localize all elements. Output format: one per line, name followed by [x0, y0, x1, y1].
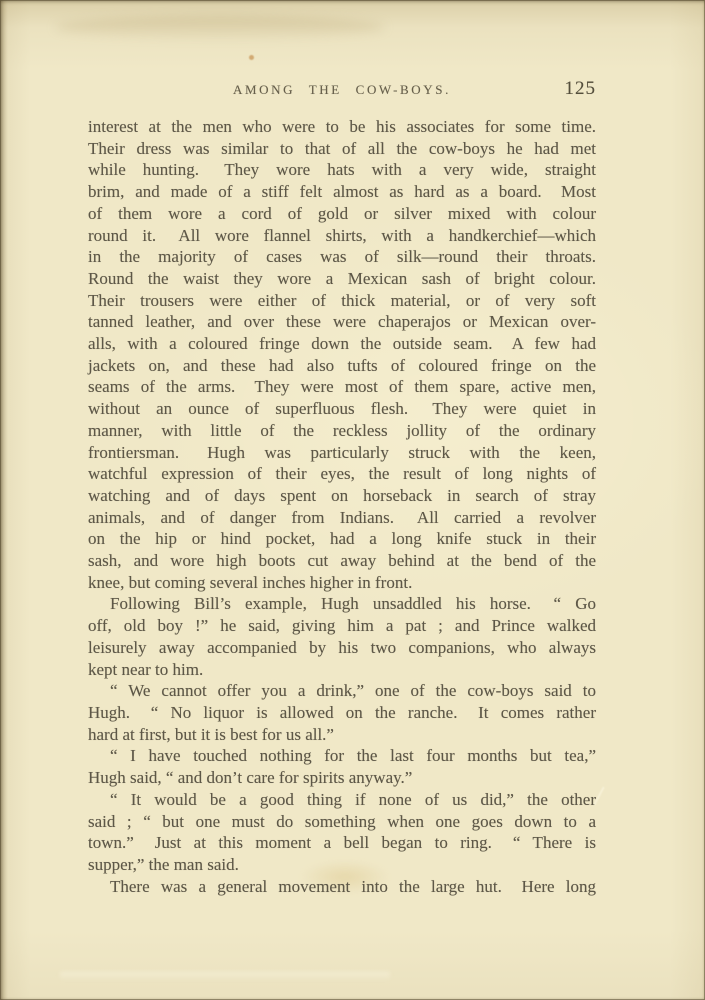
text-line: animals, and of danger from Indians. All…: [88, 507, 596, 529]
scan-smudge: [55, 16, 385, 38]
paragraph: Following Bill’s example, Hugh unsaddled…: [88, 593, 596, 680]
text-line: round it. All wore flannel shirts, with …: [88, 225, 596, 247]
paragraph: “ We cannot offer you a drink,” one of t…: [88, 680, 596, 745]
text-line: in the majority of cases was of silk—rou…: [88, 246, 596, 268]
scan-streak: [60, 972, 390, 980]
text-line: leisurely away accompanied by his two co…: [88, 637, 596, 659]
paragraph: “ I have touched nothing for the last fo…: [88, 745, 596, 788]
text-line: said ; “ but one must do something when …: [88, 811, 596, 833]
paragraph: There was a general movement into the la…: [88, 876, 596, 898]
text-line: Their trousers were either of thick mate…: [88, 290, 596, 312]
text-line: There was a general movement into the la…: [88, 876, 596, 898]
text-line: “ I have touched nothing for the last fo…: [88, 745, 596, 767]
book-page: AMONG THE COW-BOYS. 125 interest at the …: [0, 0, 705, 1000]
text-line: of them wore a cord of gold or silver mi…: [88, 203, 596, 225]
text-line: hard at first, but it is best for us all…: [88, 724, 596, 746]
text-line: kept near to him.: [88, 659, 596, 681]
text-line: “ It would be a good thing if none of us…: [88, 789, 596, 811]
text-line: brim, and made of a stiff felt almost as…: [88, 181, 596, 203]
text-line: tanned leather, and over these were chap…: [88, 311, 596, 333]
text-line: Hugh. “ No liquor is allowed on the ranc…: [88, 702, 596, 724]
text-line: off, old boy !” he said, giving him a pa…: [88, 615, 596, 637]
text-line: while hunting. They wore hats with a ver…: [88, 159, 596, 181]
text-line: sash, and wore high boots cut away behin…: [88, 550, 596, 572]
paper-speck: [249, 55, 254, 60]
text-line: Hugh said, “ and don’t care for spirits …: [88, 767, 596, 789]
text-line: watchful expression of their eyes, the r…: [88, 463, 596, 485]
running-title: AMONG THE COW-BOYS.: [88, 82, 596, 98]
text-line: Following Bill’s example, Hugh unsaddled…: [88, 593, 596, 615]
paragraph: interest at the men who were to be his a…: [88, 116, 596, 593]
text-line: manner, with little of the reckless joll…: [88, 420, 596, 442]
text-line: watching and of days spent on horseback …: [88, 485, 596, 507]
text-line: “ We cannot offer you a drink,” one of t…: [88, 680, 596, 702]
text-line: Round the waist they wore a Mexican sash…: [88, 268, 596, 290]
text-line: knee, but coming several inches higher i…: [88, 572, 596, 594]
text-line: alls, with a coloured fringe down the ou…: [88, 333, 596, 355]
text-line: seams of the arms. They were most of the…: [88, 376, 596, 398]
text-line: on the hip or hind pocket, had a long kn…: [88, 528, 596, 550]
text-line: interest at the men who were to be his a…: [88, 116, 596, 138]
page-number: 125: [565, 78, 597, 100]
text-line: supper,” the man said.: [88, 854, 596, 876]
text-line: Their dress was similar to that of all t…: [88, 138, 596, 160]
text-line: jackets on, and these had also tufts of …: [88, 355, 596, 377]
text-line: without an ounce of superfluous flesh. T…: [88, 398, 596, 420]
text-block: interest at the men who were to be his a…: [88, 116, 596, 897]
text-line: town.” Just at this moment a bell began …: [88, 832, 596, 854]
text-line: frontiersman. Hugh was particularly stru…: [88, 442, 596, 464]
paragraph: “ It would be a good thing if none of us…: [88, 789, 596, 876]
